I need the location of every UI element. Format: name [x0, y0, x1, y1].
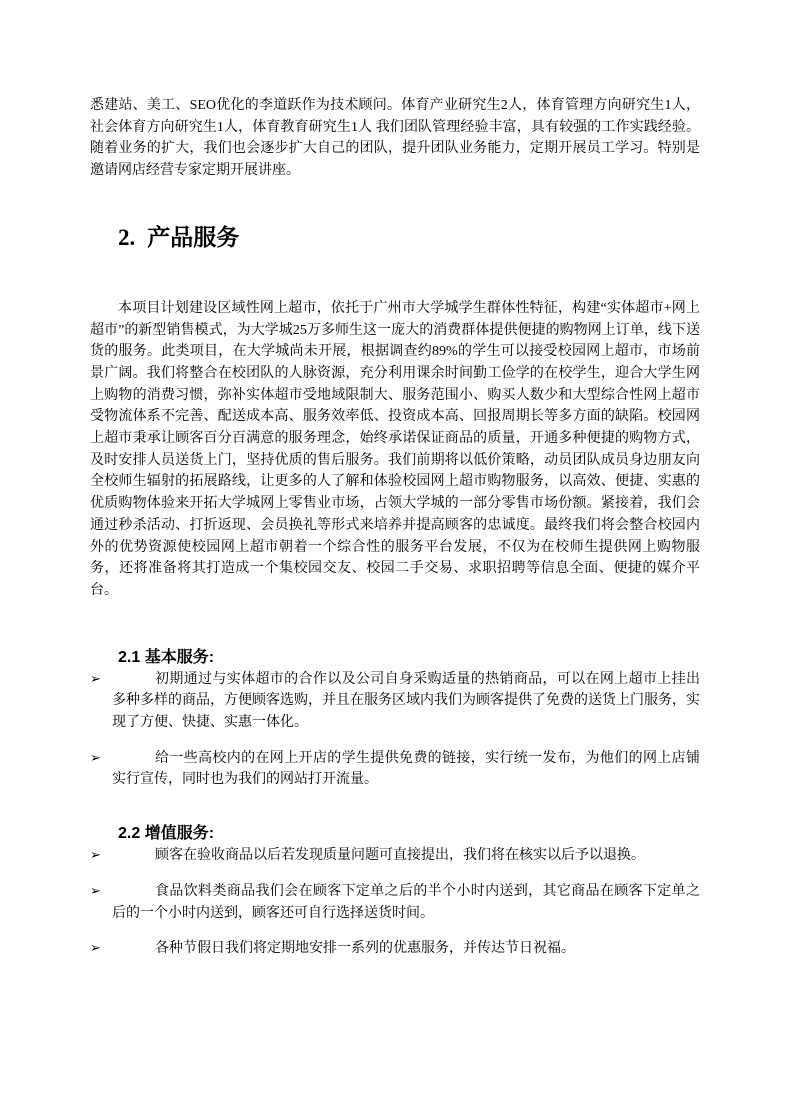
intro-paragraph: 悉建站、美工、SEO优化的李道跃作为技术顾问。体育产业研究生2人，体育管理方向研… [90, 95, 700, 182]
value-added-services-list: ➢顾客在验收商品以后若发现质量问题可直接提出，我们将在核实以后予以退换。 ➢食品… [90, 845, 700, 960]
list-item-text: 给一些高校内的在网上开店的学生提供免费的链接，实行统一发布，为他们的网上店铺实行… [112, 751, 700, 788]
arrow-bullet-icon: ➢ [90, 938, 101, 960]
subsection-heading-value-added-services: 2.2 增值服务: [118, 823, 700, 845]
list-item: ➢顾客在验收商品以后若发现质量问题可直接提出，我们将在核实以后予以退换。 [90, 845, 700, 867]
list-item-text: 食品饮料类商品我们会在顾客下定单之后的半个小时内送到，其它商品在顾客下定单之后的… [112, 884, 700, 921]
arrow-bullet-icon: ➢ [90, 669, 101, 691]
section-body-paragraph: 本项目计划建设区域性网上超市，依托于广州市大学城学生群体性特征，构建“实体超市+… [90, 298, 700, 602]
list-item-text: 初期通过与实体超市的合作以及公司自身采购适量的热销商品，可以在网上超市上挂出多种… [112, 672, 700, 730]
list-item: ➢给一些高校内的在网上开店的学生提供免费的链接，实行统一发布，为他们的网上店铺实… [90, 748, 700, 791]
section-title: 产品服务 [147, 224, 239, 250]
arrow-bullet-icon: ➢ [90, 845, 101, 867]
section-heading: 2.产品服务 [118, 222, 700, 253]
list-item: ➢初期通过与实体超市的合作以及公司自身采购适量的热销商品，可以在网上超市上挂出多… [90, 669, 700, 734]
document-page: 悉建站、美工、SEO优化的李道跃作为技术顾问。体育产业研究生2人，体育管理方向研… [0, 0, 792, 1120]
list-item: ➢食品饮料类商品我们会在顾客下定单之后的半个小时内送到，其它商品在顾客下定单之后… [90, 881, 700, 924]
section-number: 2. [118, 225, 135, 250]
list-item: ➢各种节假日我们将定期地安排一系列的优惠服务，并传达节日祝福。 [90, 938, 700, 960]
basic-services-list: ➢初期通过与实体超市的合作以及公司自身采购适量的热销商品，可以在网上超市上挂出多… [90, 669, 700, 792]
subsection-heading-basic-services: 2.1 基本服务: [118, 647, 700, 669]
arrow-bullet-icon: ➢ [90, 881, 101, 903]
list-item-text: 顾客在验收商品以后若发现质量问题可直接提出，我们将在核实以后予以退换。 [155, 848, 645, 863]
arrow-bullet-icon: ➢ [90, 748, 101, 770]
list-item-text: 各种节假日我们将定期地安排一系列的优惠服务，并传达节日祝福。 [155, 941, 575, 956]
